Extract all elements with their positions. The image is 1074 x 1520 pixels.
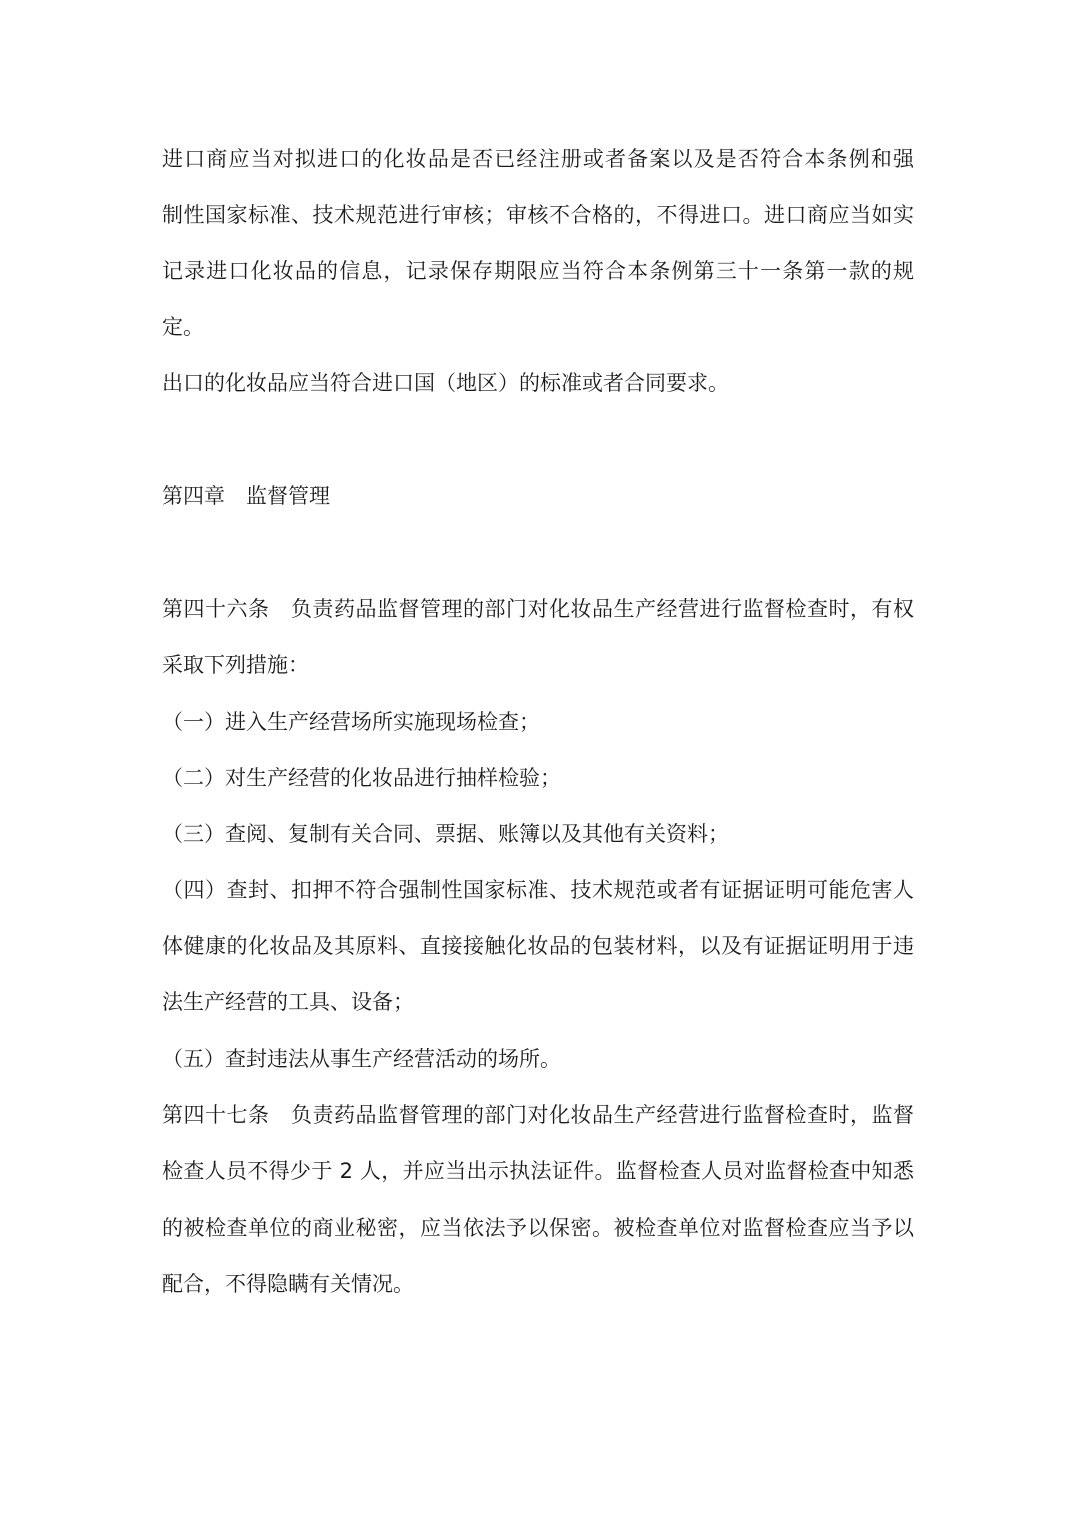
text-line: 检查人员不得少于 2 人，并应当出示执法证件。监督检查人员对监督检查中知悉: [162, 1157, 914, 1185]
text-line: （四）查封、扣押不符合强制性国家标准、技术规范或者有证据证明可能危害人: [162, 876, 914, 904]
text-line: 记录进口化妆品的信息，记录保存期限应当符合本条例第三十一条第一款的规: [162, 257, 914, 285]
text-line: 出口的化妆品应当符合进口国（地区）的标准或者合同要求。: [162, 369, 729, 397]
text-line: 配合，不得隐瞒有关情况。: [162, 1270, 414, 1298]
text-line: 体健康的化妆品及其原料、直接接触化妆品的包装材料，以及有证据证明用于违: [162, 932, 914, 960]
text-line: 采取下列措施：: [162, 651, 309, 679]
text-line: （五）查封违法从事生产经营活动的场所。: [162, 1045, 561, 1073]
text-line: （二）对生产经营的化妆品进行抽样检验；: [162, 764, 561, 792]
chapter-title: 第四章 监督管理: [162, 482, 330, 510]
text-line: 进口商应当对拟进口的化妆品是否已经注册或者备案以及是否符合本条例和强: [162, 145, 914, 173]
text-line: 的被检查单位的商业秘密，应当依法予以保密。被检查单位对监督检查应当予以: [162, 1214, 914, 1242]
text-line: 定。: [162, 313, 204, 341]
text-line: 第四十七条 负责药品监督管理的部门对化妆品生产经营进行监督检查时，监督: [162, 1101, 914, 1129]
text-line: （一）进入生产经营场所实施现场检查；: [162, 708, 540, 736]
text-line: 第四十六条 负责药品监督管理的部门对化妆品生产经营进行监督检查时，有权: [162, 595, 914, 623]
text-line: 法生产经营的工具、设备；: [162, 988, 414, 1016]
text-line: （三）查阅、复制有关合同、票据、账簿以及其他有关资料；: [162, 820, 729, 848]
text-line: 制性国家标准、技术规范进行审核；审核不合格的，不得进口。进口商应当如实: [162, 201, 914, 229]
